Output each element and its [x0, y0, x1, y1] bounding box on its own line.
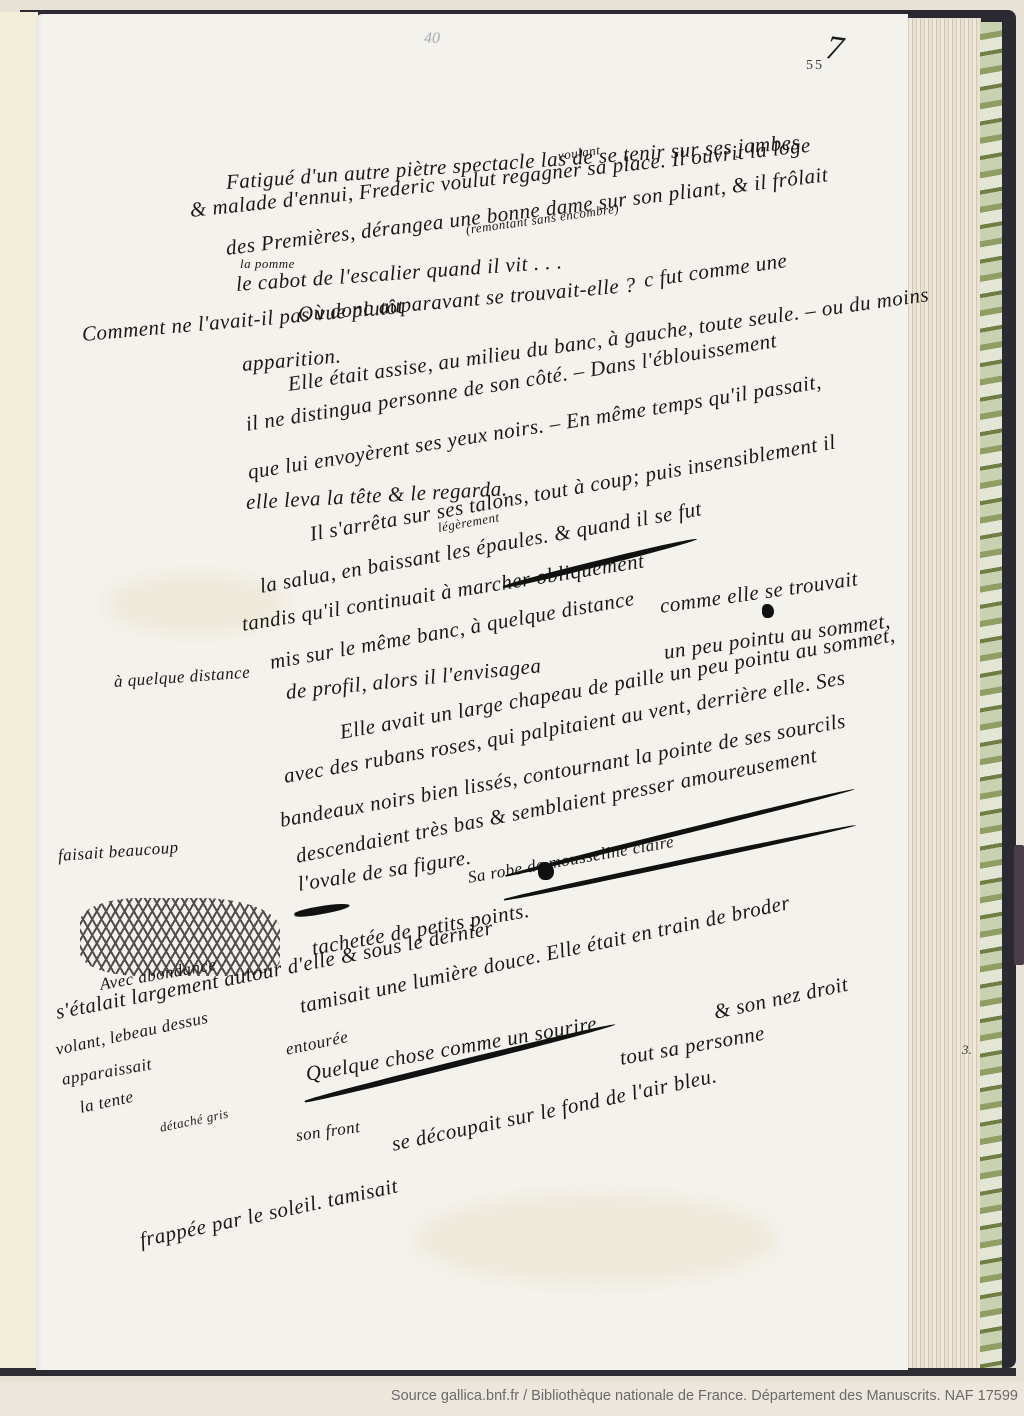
marbled-endpaper [980, 22, 1002, 1368]
scan-background: 3. 40 55 7 Fatigué d'un autre piètre spe… [0, 0, 1024, 1383]
page-stack-edge [905, 18, 981, 1368]
book-binding-right [1002, 10, 1016, 1368]
ink-blot [762, 604, 774, 618]
crossed-out-passage [80, 898, 280, 976]
folio-pencil-number: 40 [424, 30, 440, 48]
source-caption: Source gallica.bnf.fr / Bibliothèque nat… [391, 1388, 1018, 1404]
bookmark-ribbon [1014, 845, 1024, 965]
edge-mark: 3. [962, 1042, 972, 1058]
paper-stain [416, 1194, 776, 1284]
folio-printed-number: 55 [806, 58, 824, 74]
facing-page-edge [0, 12, 38, 1372]
